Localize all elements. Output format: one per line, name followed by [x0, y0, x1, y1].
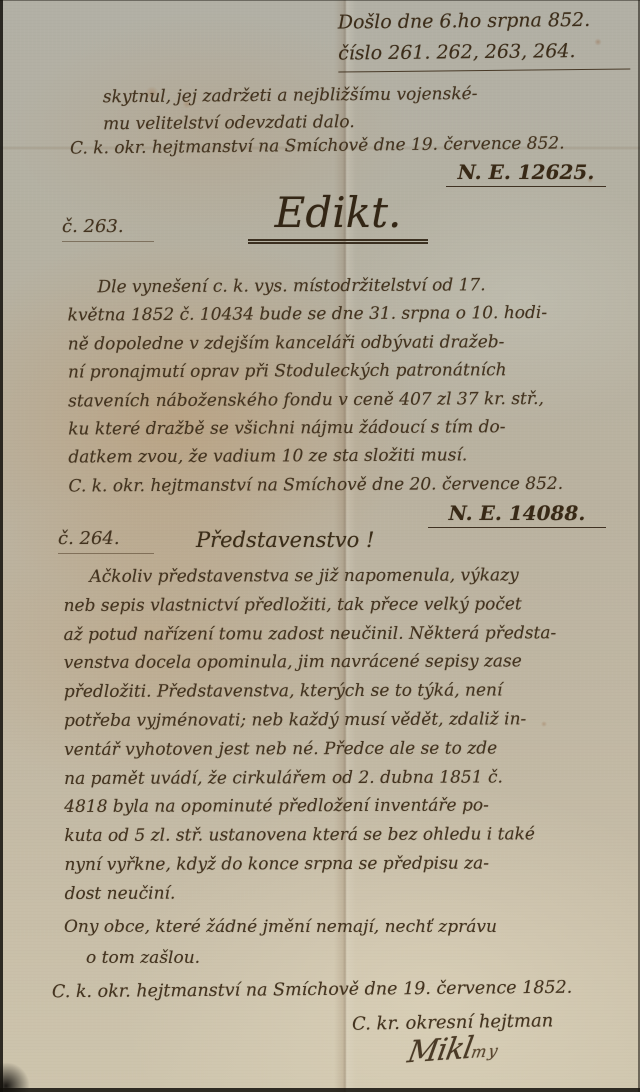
board-notice-addendum: Ony obce, které žádné jmění nemají, nech… — [64, 912, 604, 974]
handwritten-line: neb sepis vlastnictví předložiti, tak př… — [63, 590, 621, 621]
scanned-document-photo: Došlo dne 6.ho srpna 852. číslo 261. 262… — [0, 0, 640, 1092]
received-stamp-note: Došlo dne 6.ho srpna 852. číslo 261. 262… — [338, 4, 631, 72]
reference-number-14088: N. E. 14088. — [428, 501, 606, 528]
handwritten-line: května 1852 č. 10434 bude se dne 31. srp… — [68, 299, 620, 330]
item-number-263: č. 263. — [62, 216, 154, 242]
handwritten-line: C. k. okr. hejtmanství na Smíchově dne 2… — [68, 469, 620, 500]
handwritten-line: ní pronajmutí oprav při Stoduleckých pat… — [68, 356, 620, 387]
handwritten-line: potřeba vyjménovati; neb každý musí vědě… — [64, 705, 622, 736]
item-number-264: č. 264. — [58, 528, 154, 554]
handwritten-line: až potud nařízení tomu zadost neučinil. … — [64, 619, 622, 650]
edict-title: Edikt. — [248, 190, 428, 244]
handwritten-line: předložiti. Představenstva, kterých se t… — [64, 676, 622, 707]
handwritten-line: venstva docela opominula, jim navrácené … — [64, 647, 622, 678]
handwritten-line: 4818 byla na opominuté předložení invent… — [64, 791, 622, 822]
handwritten-line: ku které dražbě se všichni nájmu žádoucí… — [68, 413, 620, 444]
handwritten-line: staveních náboženského fondu v ceně 407 … — [68, 384, 620, 415]
handwritten-line: Ony obce, které žádné jmění nemají, nech… — [64, 912, 604, 943]
fragment-paragraph: skytnul, jej zadržeti a nejbližšímu voje… — [103, 80, 623, 139]
board-notice-signoff: C. k. okr. hejtmanství na Smíchově dne 1… — [52, 978, 572, 1003]
handwritten-line: Dle vynešení c. k. vys. místodržitelství… — [67, 271, 619, 302]
handwritten-line: ně dopoledne v zdejším kanceláři odbývat… — [68, 327, 620, 358]
handwritten-line: Ačkoliv představenstva se již napomenula… — [63, 561, 621, 592]
signature-name: Mikl — [405, 1030, 475, 1070]
handwritten-line: nyní vyřkne, když do konce srpna se před… — [64, 849, 622, 880]
hejtman-signature: Miklmy — [405, 1029, 503, 1071]
reference-number-12625: N. E. 12625. — [446, 160, 606, 187]
handwritten-line: o tom zašlou. — [64, 943, 604, 974]
handwritten-line: dost neučiní. — [65, 878, 623, 909]
fragment-signoff: C. k. okr. hejtmanství na Smíchově dne 1… — [70, 133, 565, 158]
board-notice-paragraph: Ačkoliv představenstva se již napomenula… — [63, 561, 622, 909]
edict-paragraph: Dle vynešení c. k. vys. místodržitelství… — [67, 271, 620, 501]
handwritten-line: kuta od 5 zl. stř. ustanovena která se b… — [64, 820, 622, 851]
received-date-line: Došlo dne 6.ho srpna 852. — [338, 4, 630, 38]
board-notice-heading: Představenstvo ! — [196, 528, 374, 552]
signature-flourish: my — [470, 1041, 502, 1062]
handwritten-line: na pamět uvádí, že cirkulářem od 2. dubn… — [64, 763, 622, 794]
handwritten-line: ventář vyhotoven jest neb né. Předce ale… — [64, 734, 622, 765]
handwritten-line: datkem zvou, že vadium 10 ze sta složiti… — [68, 441, 620, 472]
received-numbers-line: číslo 261. 262, 263, 264. — [338, 35, 630, 72]
